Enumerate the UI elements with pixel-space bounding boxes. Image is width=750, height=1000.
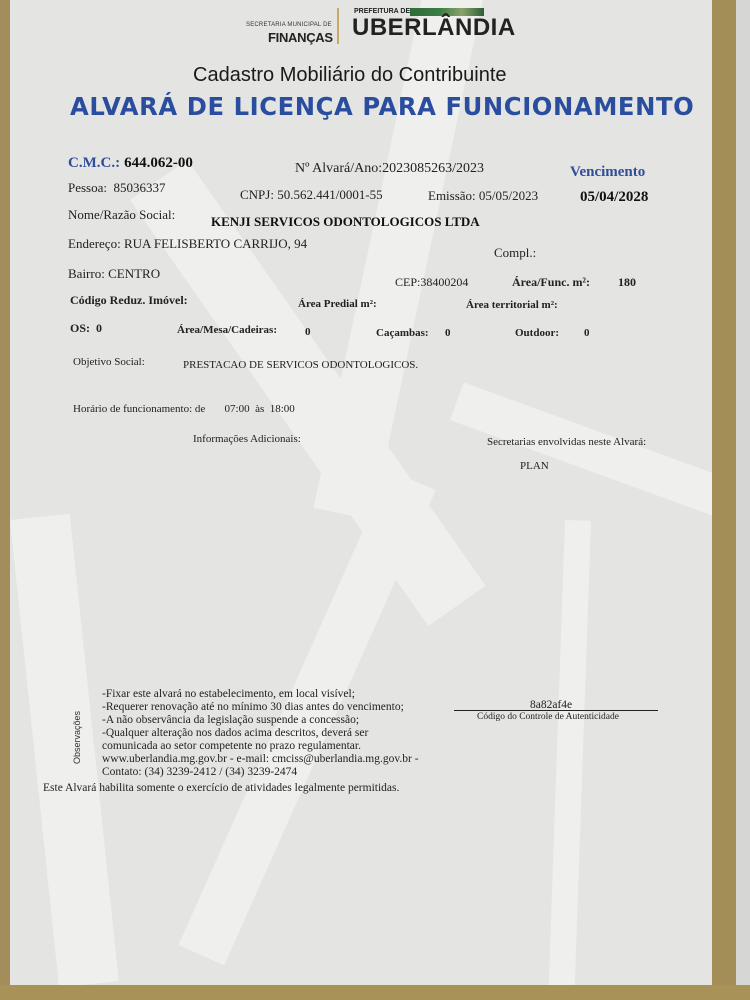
vencimento-label: Vencimento xyxy=(570,164,645,181)
vencimento-value: 05/04/2028 xyxy=(580,189,648,206)
pessoa-field: Pessoa: 85036337 xyxy=(68,180,166,196)
endereco-field: Endereço: RUA FELISBERTO CARRIJO, 94 xyxy=(68,236,307,252)
prefeitura-uberlandia-logo: UBERLÂNDIA xyxy=(352,14,516,42)
secretaria-caption: SECRETARIA MUNICIPAL DE xyxy=(246,22,332,28)
observacoes-list: -Fixar este alvará no estabelecimento, e… xyxy=(102,688,419,779)
outdoor-value: 0 xyxy=(584,327,590,339)
observacoes-footer: Este Alvará habilita somente o exercício… xyxy=(43,782,399,795)
os-field: OS: 0 xyxy=(70,321,102,336)
gold-border-left xyxy=(0,0,10,1000)
area-func-value: 180 xyxy=(618,275,636,290)
razao-social-label: Nome/Razão Social: xyxy=(68,207,175,223)
compl-label: Compl.: xyxy=(494,245,536,260)
horario-field: Horário de funcionamento: de 07:00 às 18… xyxy=(73,403,295,415)
area-predial-label: Área Predial m²: xyxy=(298,298,377,310)
horario-inicio: 07:00 xyxy=(225,403,250,415)
alvara-field: Nº Alvará/Ano:2023085263/2023 xyxy=(295,161,484,177)
objetivo-label: Objetivo Social: xyxy=(73,356,145,368)
observacao-line: -Qualquer alteração nos dados acima desc… xyxy=(102,727,419,740)
emissao-field: Emissão: 05/05/2023 xyxy=(428,188,538,204)
alvara-label: Nº Alvará/Ano: xyxy=(295,161,382,176)
horario-separator: às xyxy=(255,403,264,415)
pessoa-label: Pessoa: xyxy=(68,180,107,195)
secretarias-value: PLAN xyxy=(520,460,549,472)
document-page: SECRETARIA MUNICIPAL DE FINANÇAS PREFEIT… xyxy=(10,0,712,985)
emissao-label: Emissão: xyxy=(428,188,476,203)
razao-social-value: KENJI SERVICOS ODONTOLOGICOS LTDA xyxy=(211,214,480,230)
observacao-line: -Fixar este alvará no estabelecimento, e… xyxy=(102,688,419,701)
background-surface xyxy=(736,0,750,1000)
horario-label: Horário de funcionamento: de xyxy=(73,403,205,415)
gold-border-right xyxy=(712,0,736,1000)
authenticity-signature-line xyxy=(454,710,658,711)
cmc-field: C.M.C.: 644.062-00 xyxy=(68,154,193,172)
secretaria-financas-logo: FINANÇAS xyxy=(268,30,333,45)
cnpj-value: 50.562.441/0001-55 xyxy=(277,187,382,202)
cnpj-field: CNPJ: 50.562.441/0001-55 xyxy=(240,187,383,203)
cacambas-value: 0 xyxy=(445,327,451,339)
authenticity-label: Código do Controle de Autenticidade xyxy=(477,712,619,722)
area-mesa-label: Área/Mesa/Cadeiras: xyxy=(177,324,277,336)
os-label: OS: xyxy=(70,321,90,335)
cacambas-label: Caçambas: xyxy=(376,327,429,339)
observacao-line: Contato: (34) 3239-2412 / (34) 3239-2474 xyxy=(102,766,419,779)
gold-border-bottom xyxy=(0,985,750,1000)
cmc-value: 644.062-00 xyxy=(124,155,193,171)
document-subtitle: Cadastro Mobiliário do Contribuinte xyxy=(193,64,507,87)
alvara-value: 2023085263/2023 xyxy=(382,161,484,176)
bairro-value: CENTRO xyxy=(108,266,160,281)
os-value: 0 xyxy=(96,321,102,335)
observacao-line: -Requerer renovação até no mínimo 30 dia… xyxy=(102,701,419,714)
bairro-label: Bairro: xyxy=(68,266,105,281)
cep-label: CEP: xyxy=(395,275,420,289)
logo-divider xyxy=(337,8,339,44)
endereco-value: RUA FELISBERTO CARRIJO, 94 xyxy=(124,236,307,251)
horario-fim: 18:00 xyxy=(270,403,295,415)
secretarias-label: Secretarias envolvidas neste Alvará: xyxy=(487,436,646,448)
document-title: ALVARÁ DE LICENÇA PARA FUNCIONAMENTO xyxy=(70,92,694,121)
observacao-line: -A não observância da legislação suspend… xyxy=(102,714,419,727)
area-mesa-value: 0 xyxy=(305,326,311,338)
endereco-label: Endereço: xyxy=(68,236,121,251)
objetivo-value: PRESTACAO DE SERVICOS ODONTOLOGICOS. xyxy=(183,359,418,371)
area-territorial-label: Área territorial m²: xyxy=(466,299,558,311)
info-adicionais-label: Informações Adicionais: xyxy=(193,433,301,445)
bairro-field: Bairro: CENTRO xyxy=(68,266,160,282)
observacao-line: comunicada ao setor competente no prazo … xyxy=(102,740,419,753)
cmc-label: C.M.C.: xyxy=(68,155,120,171)
pessoa-value: 85036337 xyxy=(114,180,166,195)
outdoor-label: Outdoor: xyxy=(515,327,559,339)
compl-field: Compl.: xyxy=(494,245,536,261)
cnpj-label: CNPJ: xyxy=(240,187,274,202)
observacoes-vertical-label: Observações xyxy=(72,711,82,764)
observacao-line: www.uberlandia.mg.gov.br - e-mail: cmcis… xyxy=(102,753,419,766)
codigo-imovel-label: Código Reduz. Imóvel: xyxy=(70,293,188,308)
emissao-value: 05/05/2023 xyxy=(479,188,538,203)
area-func-label: Área/Func. m²: xyxy=(512,275,590,290)
cep-value: 38400204 xyxy=(420,275,468,289)
cep-field: CEP:38400204 xyxy=(395,275,468,290)
